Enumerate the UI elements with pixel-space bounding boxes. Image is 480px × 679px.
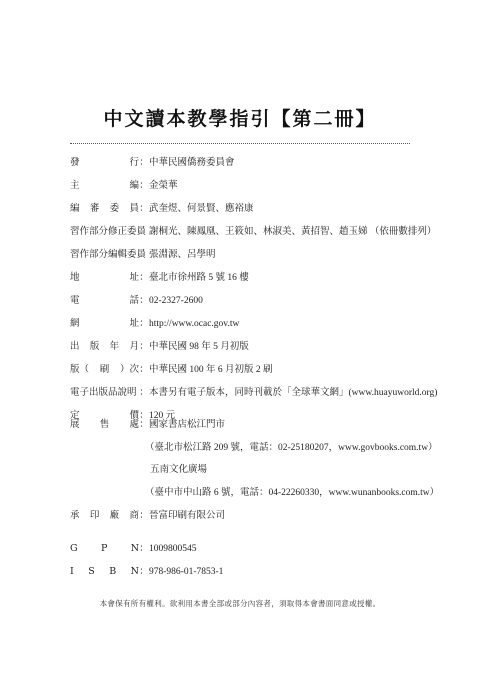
colophon-row: 承印廠商：晉富印刷有限公司: [70, 510, 225, 522]
row-value: 武奎煜、何景賢、應裕康: [149, 203, 254, 215]
row-label: 電話: [70, 295, 139, 307]
label-glyph: S: [88, 566, 95, 578]
colophon-row: 主編：金榮華: [70, 180, 178, 192]
row-value: 中華民國僑務委員會: [149, 157, 235, 169]
row-colon: ：: [139, 341, 149, 353]
row-value: 中華民國 98 年 5 月初版: [149, 341, 249, 353]
colophon-row: 電話：02-2327-2600: [70, 295, 203, 307]
colophon-row: 編審委員：武奎煜、何景賢、應裕康: [70, 203, 254, 215]
row-value: 臺北市徐州路 5 號 16 樓: [149, 272, 249, 284]
label-glyph: 習作部分編輯委員: [70, 249, 146, 261]
colophon-row: 版（刷）次：中華民國 100 年 6 月初版 2 刷: [70, 364, 273, 376]
row-value: http://www.ocac.gov.tw: [149, 318, 239, 330]
row-colon: ：: [139, 226, 149, 238]
label-glyph: 版: [90, 341, 100, 353]
row-colon: ：: [139, 318, 149, 330]
label-glyph: 年: [110, 341, 120, 353]
label-glyph: 版（: [70, 364, 89, 376]
colophon-row: 展售處：國家書店松江門市: [70, 419, 225, 431]
label-glyph: 地: [70, 272, 80, 284]
row-colon: ：: [139, 295, 149, 307]
colophon-row: 出版年月：中華民國 98 年 5 月初版: [70, 341, 249, 353]
colophon-row: 習作部分編輯委員：張淵源、呂學明: [70, 249, 216, 261]
row-label: 主編: [70, 180, 139, 192]
row-label: 習作部分編輯委員: [70, 249, 139, 261]
label-glyph: G: [70, 543, 78, 555]
label-glyph: B: [109, 566, 116, 578]
row-value: 晉富印刷有限公司: [149, 510, 225, 522]
row-label: 版（刷）次: [70, 364, 139, 376]
row-colon: ：: [139, 543, 149, 555]
row-colon: ：: [139, 203, 149, 215]
row-colon: ：: [139, 157, 149, 169]
row-value: 金榮華: [149, 180, 178, 192]
row-label: ISBN: [70, 566, 139, 578]
colophon-row: 電子出版品說明：本書另有電子版本，同時刊載於「全球華文網」(www.huayuw…: [70, 387, 437, 399]
colophon-row: GPN：1009800545: [70, 543, 197, 555]
row-colon: ：: [139, 364, 149, 376]
label-glyph: N: [131, 543, 139, 555]
row-label: 承印廠商: [70, 510, 139, 522]
row-label: 地址: [70, 272, 139, 284]
row-colon: ：: [139, 566, 149, 578]
row-label: 展售處: [70, 419, 139, 431]
row-value: 謝桐光、陳鳳凰、王筱如、林淑美、黃招智、趙玉娣 （依冊數排列）: [149, 226, 436, 238]
row-value: 張淵源、呂學明: [149, 249, 216, 261]
row-label: 網址: [70, 318, 139, 330]
colophon-row: 發行：中華民國僑務委員會: [70, 157, 235, 169]
label-glyph: 出: [70, 341, 80, 353]
row-label: 電子出版品說明: [70, 387, 139, 399]
row-value: 中華民國 100 年 6 月初版 2 刷: [149, 364, 273, 376]
colophon-row: 網址：http://www.ocac.gov.tw: [70, 318, 239, 330]
label-glyph: 印: [90, 510, 100, 522]
label-glyph: 委: [110, 203, 120, 215]
label-glyph: 址: [129, 272, 139, 284]
row-label: 習作部分修正委員: [70, 226, 139, 238]
label-glyph: 編: [70, 203, 80, 215]
label-glyph: 商: [129, 510, 139, 522]
book-title: 中文讀本教學指引【第二冊】: [0, 104, 480, 131]
row-colon: ：: [139, 510, 149, 522]
sales-location-1-details: （臺北市松江路 209 號，電話：02-25180207，www.govbook…: [145, 442, 438, 454]
row-value: 02-2327-2600: [149, 295, 203, 307]
label-glyph: 員: [129, 203, 139, 215]
row-value: 本書另有電子版本，同時刊載於「全球華文網」(www.huayuworld.org…: [149, 387, 437, 399]
label-glyph: 習作部分修正委員: [70, 226, 146, 238]
row-value: 1009800545: [149, 543, 197, 555]
label-glyph: 月: [129, 341, 139, 353]
label-glyph: 電: [70, 295, 80, 307]
copyright-notice: 本會保有所有權利。欲利用本書全部或部分內容者，須取得本會書面同意或授權。: [0, 598, 480, 609]
row-label: GPN: [70, 543, 139, 555]
label-glyph: 展: [70, 419, 80, 431]
label-glyph: 行: [129, 157, 139, 169]
row-label: 出版年月: [70, 341, 139, 353]
sales-location-2-details: （臺中市中山路 6 號，電話：04-22260330，www.wunanbook…: [145, 487, 439, 499]
label-glyph: 售: [100, 419, 110, 431]
colophon-row: ISBN：978-986-01-7853-1: [70, 566, 223, 578]
label-glyph: 廠: [110, 510, 120, 522]
label-glyph: 主: [70, 180, 80, 192]
label-glyph: 編: [129, 180, 139, 192]
dotted-divider: [70, 143, 410, 144]
label-glyph: 話: [129, 295, 139, 307]
label-glyph: P: [101, 543, 107, 555]
row-value: 國家書店松江門市: [149, 419, 225, 431]
label-glyph: 刷: [100, 364, 110, 376]
label-glyph: 處: [129, 419, 139, 431]
row-colon: ：: [139, 272, 149, 284]
sales-location-2-name: 五南文化廣場: [150, 464, 207, 476]
row-colon: ：: [139, 387, 149, 399]
label-glyph: 發: [70, 157, 80, 169]
label-glyph: 電子出版品說明: [70, 387, 137, 399]
row-value: 978-986-01-7853-1: [149, 566, 223, 578]
label-glyph: 承: [70, 510, 80, 522]
row-colon: ：: [139, 180, 149, 192]
colophon-row: 習作部分修正委員：謝桐光、陳鳳凰、王筱如、林淑美、黃招智、趙玉娣 （依冊數排列）: [70, 226, 436, 238]
row-label: 編審委員: [70, 203, 139, 215]
row-label: 發行: [70, 157, 139, 169]
label-glyph: I: [70, 566, 74, 578]
label-glyph: N: [131, 566, 139, 578]
label-glyph: 址: [129, 318, 139, 330]
label-glyph: 網: [70, 318, 80, 330]
colophon-row: 地址：臺北市徐州路 5 號 16 樓: [70, 272, 249, 284]
label-glyph: 審: [90, 203, 100, 215]
label-glyph: ）次: [120, 364, 139, 376]
row-colon: ：: [139, 419, 149, 431]
row-colon: ：: [139, 249, 149, 261]
